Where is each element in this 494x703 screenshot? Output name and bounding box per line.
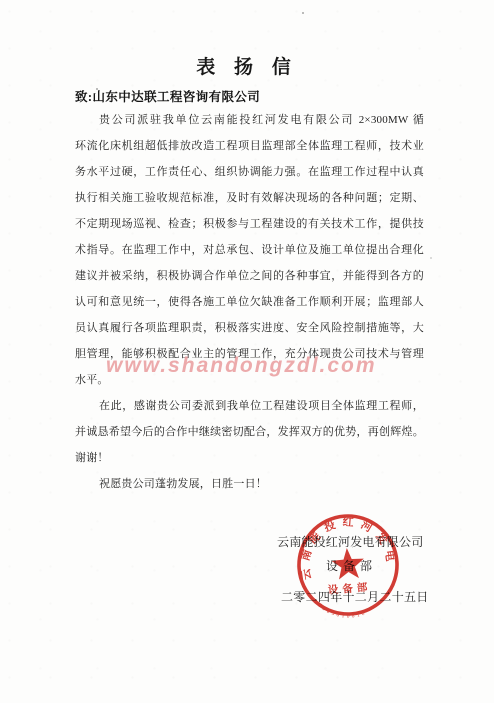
letter-title: 表 扬 信 — [0, 52, 494, 79]
scan-speck — [302, 12, 304, 14]
scanned-letter-page: 表 扬 信 致:山东中达联工程咨询有限公司 贵公司派驻我单位云南能投红河发电有限… — [0, 0, 494, 703]
letter-line: 执行相关施工验收规范标准，及时有效解决现场的各种问题；定期、 — [75, 185, 424, 211]
letter-line: 术指导。在监理工作中，对总承包、设计单位及施工单位提出合理化 — [75, 237, 424, 263]
letter-line: 谢谢！ — [75, 445, 424, 471]
letter-line: 环流化床机组超低排放改造工程项目监理部全体监理工程师，技术业 — [75, 133, 424, 159]
letter-line: 不定期现场巡视、检查；积极参与工程建设的有关技术工作，提供技 — [75, 211, 424, 237]
company-seal: 云南能投红河发电有限公司 设备部 5325010810 — [286, 503, 410, 627]
letter-line: 认可和意见统一，使得各施工单位欠缺准备工作顺利开展；监理部人 — [75, 289, 424, 315]
watermark-text: www.shandongzdl.com — [106, 354, 377, 378]
seal-department-text: 设备部 — [327, 580, 371, 596]
letter-line: 祝愿贵公司蓬勃发展，日胜一日！ — [75, 471, 424, 497]
scan-speck — [96, 88, 98, 90]
letter-line: 在此，感谢贵公司委派到我单位工程建设项目全体监理工程师， — [75, 393, 424, 419]
letter-line: 贵公司派驻我单位云南能投红河发电有限公司 2×300MW 循 — [75, 107, 424, 133]
seal-star-icon — [331, 547, 365, 580]
letter-recipient: 致:山东中达联工程咨询有限公司 — [75, 87, 260, 105]
letter-line: 务水平过硬，工作责任心、组织协调能力强。在监理工作过程中认真 — [75, 159, 424, 185]
scan-speck — [430, 257, 432, 259]
letter-line: 并诚恳希望今后的合作中继续密切配合，发挥双方的优势，再创辉煌。 — [75, 419, 424, 445]
letter-body: 贵公司派驻我单位云南能投红河发电有限公司 2×300MW 循环流化床机组超低排放… — [75, 107, 424, 497]
letter-line: 员认真履行各项监理职责，积极落实进度、安全风险控制措施等，大 — [75, 315, 424, 341]
letter-line: 建议并被采纳，积极协调合作单位之间的各种事宜，并能得到各方的 — [75, 263, 424, 289]
